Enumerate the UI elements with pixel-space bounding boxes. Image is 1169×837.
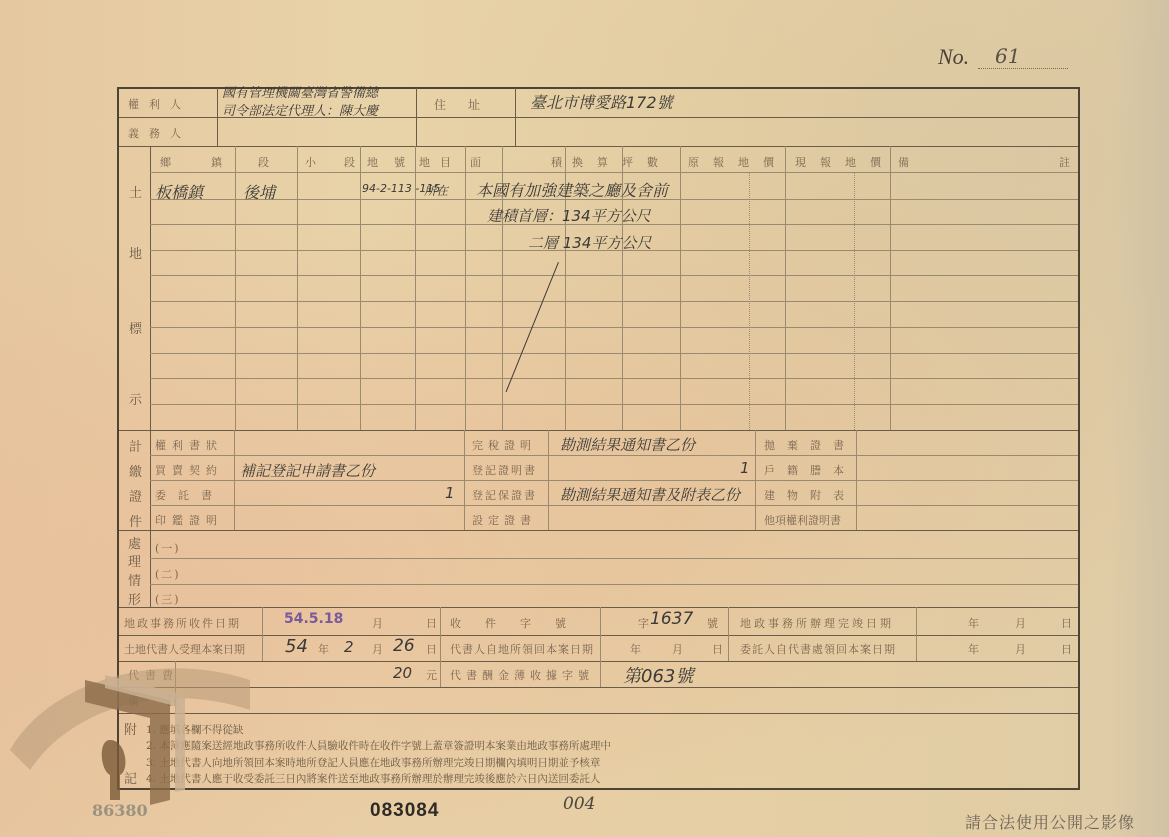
- scrivener-accept-year: 54: [285, 636, 308, 657]
- doc-tax-cert: 完稅證明: [472, 437, 536, 453]
- proc-side-label-2: 理: [128, 551, 141, 570]
- completion-date-label: 地政事務所辦理完竣日期: [740, 615, 894, 631]
- faint-stamp: 86380: [92, 801, 148, 820]
- rights-holder-label: 權利人: [128, 96, 191, 112]
- divider: [119, 713, 1078, 714]
- address-label: 住址: [434, 96, 502, 113]
- proc-side-label-4: 形: [128, 589, 141, 608]
- page-number: 004: [563, 794, 595, 814]
- doc-survey-result-notice: 勘測結果通知書乙份: [560, 434, 695, 455]
- land-section: 後埔: [243, 180, 275, 203]
- divider: [119, 430, 1078, 431]
- scrivener-day-label: 日: [426, 641, 439, 657]
- doc-reg-cert: 登記證明書: [472, 462, 537, 478]
- note-4: 4. 土地代書人應于收受委託三日內將案件送至地政事務所辦理於辦理完竣後應於六日內…: [146, 771, 600, 786]
- doc-waiver-cert: 拋棄證書: [764, 437, 856, 453]
- land-side-label-3: 標: [129, 318, 142, 337]
- notes-side-bottom: 記: [124, 768, 137, 787]
- received-month-label: 月: [372, 615, 385, 631]
- note-2: 2. 本簿應隨案送經地政事務所收件人員驗收件時在收件字號上蓋章簽證明本案業由地政…: [146, 738, 611, 753]
- col-lot-no: 地號: [367, 154, 421, 170]
- col-orig-land-price: 原報地價: [688, 154, 788, 170]
- docs-side-label-3: 證: [129, 486, 142, 505]
- rights-holder-line1: 國有管理機關臺灣省警備總: [222, 82, 378, 101]
- received-day-label: 日: [426, 615, 439, 631]
- note-1: 1. 應填各欄不得從缺: [146, 722, 243, 737]
- client-month: 月: [1015, 641, 1028, 657]
- col-land-type: 地目: [419, 154, 461, 170]
- rights-holder-line2: 司令部法定代理人：陳大慶: [222, 100, 378, 119]
- retrieve-day: 日: [712, 641, 725, 657]
- proc-side-label-3: 情: [128, 570, 141, 589]
- doc-seal-cert: 印鑑證明: [155, 512, 223, 528]
- serial-number: 083084: [370, 800, 439, 822]
- doc-reg-guarantee: 登記保證書: [472, 487, 537, 503]
- usage-watermark: 請合法使用公開之影像: [965, 810, 1135, 833]
- form-no-line: [978, 68, 1068, 69]
- docs-side-label-4: 件: [129, 511, 142, 530]
- doc-title-deed: 權利書狀: [155, 437, 223, 453]
- col-section: 段: [258, 154, 271, 170]
- doc-survey-result-with-table: 勘測結果通知書及附表乙份: [560, 484, 740, 505]
- scrivener-accept-day: 26: [393, 636, 415, 656]
- client-retrieve-label: 委託人自代書處領回本案日期: [740, 641, 896, 657]
- divider: [119, 530, 1078, 531]
- completion-year: 年: [968, 615, 981, 631]
- scrivener-retrieve-label: 代書人自地所領回本案日期: [450, 641, 594, 657]
- proc-side-label-1: 處: [128, 533, 141, 552]
- receipt-no-suffix: 號: [707, 615, 720, 631]
- col-remarks: 備註: [898, 154, 1169, 170]
- doc-building-table: 建物附表: [764, 487, 856, 503]
- retrieve-month: 月: [672, 641, 685, 657]
- receipt-no-value: 1637: [650, 609, 693, 629]
- client-day: 日: [1061, 641, 1074, 657]
- divider: [119, 687, 1078, 688]
- fee-value: 20: [393, 664, 412, 682]
- divider: [416, 88, 417, 146]
- divider: [119, 661, 1078, 662]
- proc-item-2: (二): [155, 566, 181, 582]
- obligor-label: 義務人: [128, 125, 191, 141]
- fee-unit: 元: [426, 667, 439, 683]
- fee-label: 代書費: [128, 667, 179, 683]
- retrieve-year: 年: [630, 641, 643, 657]
- doc-sale-contract: 買賣契約: [155, 462, 223, 478]
- proc-item-3: (三): [155, 591, 181, 607]
- scrivener-accept-month: 2: [344, 638, 354, 656]
- receipt-no-label: 收件字號: [450, 615, 590, 631]
- scrivener-accept-label: 土地代書人受理本案日期: [124, 641, 245, 657]
- paper-edge: [1109, 0, 1169, 837]
- docs-side-label-1: 計: [129, 436, 142, 455]
- remarks-label: 備註: [128, 693, 206, 709]
- divider: [119, 146, 1078, 147]
- divider: [217, 88, 218, 146]
- land-side-label-2: 地: [129, 243, 142, 262]
- doc-household-transcript: 戶籍謄本: [764, 462, 856, 478]
- form-no-label: No.: [938, 44, 969, 70]
- client-year: 年: [968, 641, 981, 657]
- doc-value-count: 1: [445, 484, 455, 502]
- land-building-note: 本國有加強建築之廳及舍前: [476, 178, 668, 201]
- divider: [150, 530, 151, 607]
- scrivener-year-label: 年: [318, 641, 331, 657]
- land-side-label-1: 土: [129, 182, 142, 201]
- note-3: 3. 土地代書人向地所領回本案時地所登記人員應在地政事務所辦理完竣日期欄內填明日…: [146, 755, 600, 770]
- col-current-land-price: 現報地價: [795, 154, 895, 170]
- land-side-label-4: 示: [129, 389, 142, 408]
- land-type: 所在: [424, 182, 448, 199]
- counterfoil-value: 第063號: [623, 662, 693, 688]
- docs-side-label-2: 繳: [129, 461, 142, 480]
- received-date-stamp: 54.5.18: [284, 611, 343, 627]
- doc-value-supplement-application: 補記登記申請書乙份: [240, 460, 375, 481]
- land-floor-2: 二層 134平方公尺: [528, 232, 651, 253]
- received-date-label: 地政事務所收件日期: [124, 615, 241, 631]
- completion-month: 月: [1015, 615, 1028, 631]
- proc-item-1: (一): [155, 540, 181, 556]
- doc-other-rights-cert: 他項權利證明書: [764, 512, 841, 528]
- divider: [515, 88, 516, 146]
- counterfoil-label: 代書酬金薄收據字號: [450, 667, 594, 683]
- col-converted-ping: 換算坪數: [572, 154, 672, 170]
- doc-mid-count: 1: [740, 459, 750, 477]
- col-township: 鄉鎮: [160, 154, 262, 170]
- land-floor-1: 建積首層：134平方公尺: [487, 205, 651, 226]
- notes-side-top: 附: [124, 719, 137, 738]
- doc-setting-cert: 設定證書: [472, 512, 536, 528]
- scrivener-month-label: 月: [372, 641, 385, 657]
- completion-day: 日: [1061, 615, 1074, 631]
- doc-power-of-attorney: 委託書: [155, 487, 224, 503]
- land-township: 板橋鎮: [155, 180, 203, 203]
- address-value: 臺北市博愛路172號: [530, 90, 673, 113]
- form-no-value: 61: [995, 44, 1020, 68]
- divider: [150, 146, 151, 430]
